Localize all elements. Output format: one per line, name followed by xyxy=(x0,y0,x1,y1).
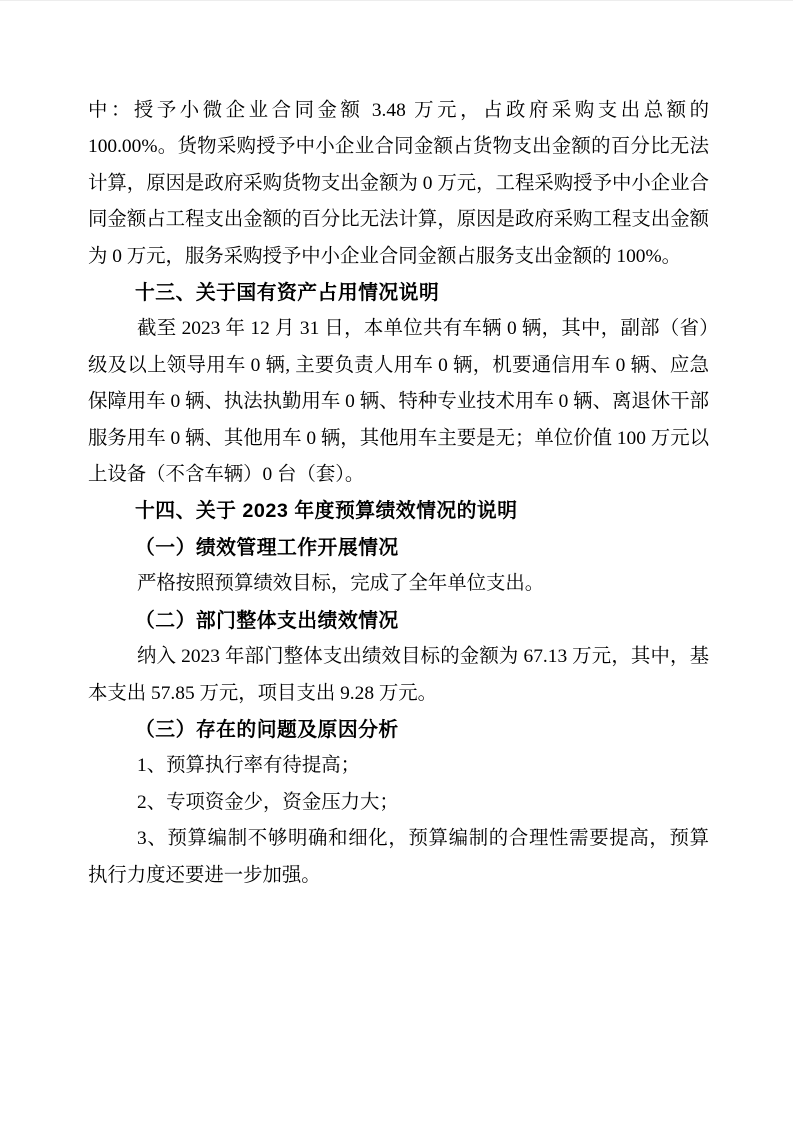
paragraph-vehicles-equipment: 截至 2023 年 12 月 31 日，本单位共有车辆 0 辆，其中，副部（省）… xyxy=(88,311,709,493)
sub-heading-2-overall-expenditure: （二）部门整体支出绩效情况 xyxy=(88,603,709,639)
paragraph-expenditure-amounts: 纳入 2023 年部门整体支出绩效目标的金额为 67.13 万元，其中，基本支出… xyxy=(88,639,709,712)
sub-heading-3-problems-analysis: （三）存在的问题及原因分析 xyxy=(88,712,709,748)
sub-heading-1-performance-management: （一）绩效管理工作开展情况 xyxy=(88,530,709,566)
paragraph-procurement-continued: 中：授予小微企业合同金额 3.48 万元，占政府采购支出总额的 100.00%。… xyxy=(88,93,709,275)
list-item-problem-2: 2、专项资金少，资金压力大； xyxy=(88,785,709,821)
document-page: 中：授予小微企业合同金额 3.48 万元，占政府采购支出总额的 100.00%。… xyxy=(0,0,793,1122)
section-heading-13-state-assets: 十三、关于国有资产占用情况说明 xyxy=(88,275,709,311)
list-item-problem-3: 3、预算编制不够明确和细化，预算编制的合理性需要提高，预算执行力度还要进一步加强… xyxy=(88,821,709,894)
list-item-problem-1: 1、预算执行率有待提高； xyxy=(88,748,709,784)
paragraph-performance-targets: 严格按照预算绩效目标，完成了全年单位支出。 xyxy=(88,566,709,602)
document-body: 中：授予小微企业合同金额 3.48 万元，占政府采购支出总额的 100.00%。… xyxy=(88,93,709,894)
section-heading-14-budget-performance: 十四、关于 2023 年度预算绩效情况的说明 xyxy=(88,493,709,529)
